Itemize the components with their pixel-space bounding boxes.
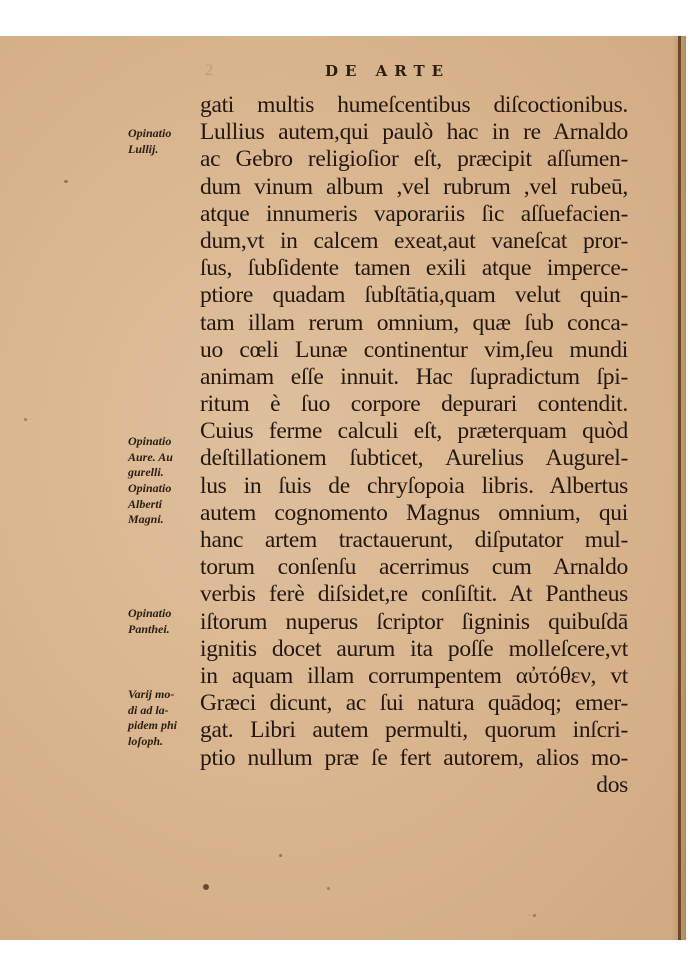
text-line: gati multis humeſcentibus diſcoctionibus… (200, 92, 628, 119)
foxing-spot (24, 418, 27, 421)
text-line: Cuius ferme calculi eſt, præterquam quòd (200, 418, 628, 445)
text-line: ritum è ſuo corpore depurari contendit. (200, 391, 628, 418)
text-line: Græci dicunt, ac ſui natura quādoq; emer… (200, 690, 628, 717)
text-line: atque innumeris vaporariis ſic aſſuefaci… (200, 201, 628, 228)
sidenote-lullius: Opinatio Lullij. (128, 126, 204, 157)
foxing-spot (533, 914, 536, 917)
text-line: in aquam illam corrumpentem αὐτόθεν, vt (200, 663, 628, 690)
text-line: dum vinum album ,vel rubrum ,vel rubeū, (200, 174, 628, 201)
page-edge-line (678, 36, 681, 940)
text-line: Lullius autem,qui paulò hac in re Arnald… (200, 119, 628, 146)
text-line: ignitis docet aurum ita poſſe molleſcere… (200, 636, 628, 663)
sidenote-panthei: Opinatio Panthei. (128, 606, 204, 637)
text-line: tam illam rerum omnium, quæ ſub conca- (200, 310, 628, 337)
text-line: ſus, ſubſidente tamen exili atque imperc… (200, 255, 628, 282)
body-text: gati multis humeſcentibus diſcoctionibus… (200, 92, 628, 799)
page-number: 2 (205, 62, 213, 80)
sidenote-augurelli: Opinatio Aure. Au gurelli. (128, 434, 204, 481)
sidenote-varii-modi: Varij mo- di ad la- pidem phi loſoph. (128, 687, 204, 749)
text-line: ptiore quadam ſubſtātia,quam velut quin- (200, 282, 628, 309)
foxing-spot (64, 180, 68, 183)
text-line: torum conſenſu acerrimus cum Arnaldo (200, 554, 628, 581)
text-line: iſtorum nuperus ſcriptor ſigninis quibuſ… (200, 609, 628, 636)
text-line: ac Gebro religioſior eſt, præcipit aſſum… (200, 146, 628, 173)
text-line: verbis ferè diſsidet,re conſiſtit. At Pa… (200, 581, 628, 608)
sidenote-alberti: Opinatio Alberti Magni. (128, 481, 204, 528)
text-line: gat. Libri autem permulti, quorum inſcri… (200, 717, 628, 744)
text-line: hanc artem tractauerunt, diſputator mul- (200, 527, 628, 554)
foxing-spot (327, 887, 330, 890)
text-line: ptio nullum præ ſe fert autorem, alios m… (200, 745, 628, 772)
foxing-spot (203, 884, 209, 890)
text-line: deſtillationem ſubticet, Aurelius Augure… (200, 445, 628, 472)
text-line: animam eſſe innuit. Hac ſupradictum ſpi- (200, 364, 628, 391)
book-page: 2 DE ARTE gati multis humeſcentibus diſc… (0, 36, 686, 940)
text-line: lus in ſuis de chryſopoia libris. Albert… (200, 473, 628, 500)
text-line: autem cognomento Magnus omnium, qui (200, 500, 628, 527)
text-line: dum,vt in calcem exeat,aut vaneſcat pror… (200, 228, 628, 255)
text-line: uo cœli Lunæ continentur vim,ſeu mundi (200, 337, 628, 364)
catchword: dos (200, 772, 628, 799)
running-head: DE ARTE (325, 62, 450, 80)
foxing-spot (279, 854, 282, 857)
